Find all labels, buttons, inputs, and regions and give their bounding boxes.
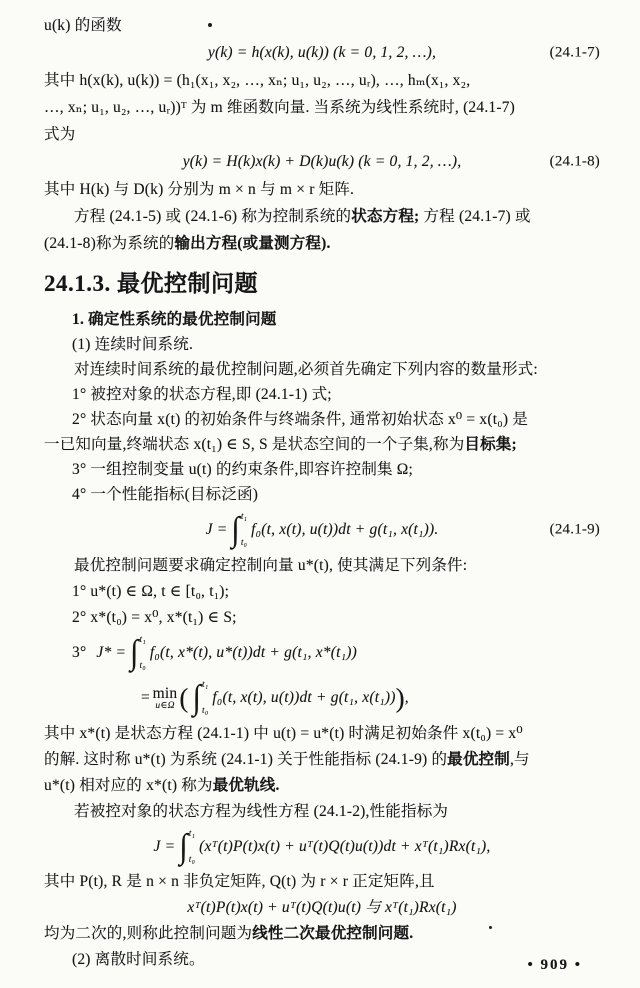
integral-lower-limit: t₀ bbox=[202, 706, 208, 716]
equation-body: y(k) = H(k)x(k) + D(k)u(k) (k = 0, 1, 2,… bbox=[183, 153, 462, 171]
equation-24-1-7: y(k) = h(x(k), u(k)) (k = 0, 1, 2, …), (… bbox=[44, 39, 600, 67]
list-item: 1° 被控对象的状态方程,即 (24.1-1) 式; bbox=[44, 382, 600, 407]
list-item: 2° 状态向量 x(t) 的初始条件与终端条件, 通常初始状态 x⁰ = x(t… bbox=[44, 407, 600, 432]
text-line: 其中 x*(t) 是状态方程 (24.1-1) 中 u(t) = u*(t) 时… bbox=[44, 721, 600, 747]
text-line: 对连续时间系统的最优控制问题,必须首先确定下列内容的数量形式: bbox=[44, 357, 600, 382]
equation-body: f₀(t, x(t), u(t))dt + g(t₁, x(t₁)). bbox=[251, 521, 438, 539]
integral-lower-limit: t₀ bbox=[140, 661, 146, 671]
equation-optimal-cost-line1: 3° J* = ∫ t₁ t₀ f₀(t, x*(t), u*(t))dt + … bbox=[44, 631, 600, 675]
equation-optimal-cost-line2: = min u∈Ω ( ∫ t₁ t₀ f₀(t, x(t), u(t))dt … bbox=[44, 675, 600, 721]
text-line: …, xₙ; u₁, u₂, …, uᵣ))ᵀ 为 m 维函数向量. 当系统为线… bbox=[44, 94, 600, 121]
list-marker: 3° bbox=[72, 644, 86, 662]
integral-sign: ∫ t₁ t₀ bbox=[231, 512, 250, 548]
equation-body: f₀(t, x(t), u(t))dt + g(t₁, x(t₁)) bbox=[212, 689, 395, 707]
text-line: 均为二次的,则称此控制问题为线性二次最优控制问题. bbox=[44, 921, 600, 947]
text-line: 式为 bbox=[44, 121, 600, 148]
text-line: (2) 离散时间系统。 bbox=[44, 947, 600, 973]
integral-glyph: ∫ bbox=[179, 830, 187, 865]
text-line: 其中 P(t), R 是 n × n 非负定矩阵, Q(t) 为 r × r 正… bbox=[44, 869, 600, 895]
list-item: 2° x*(t₀) = x⁰, x*(t₁) ∈ S; bbox=[44, 605, 600, 631]
text-line: 其中 h(x(k), u(k)) = (h₁(x₁, x₂, …, xₙ; u₁… bbox=[44, 67, 600, 94]
equation-number: (24.1-8) bbox=[550, 154, 600, 171]
list-item: 1° u*(t) ∈ Ω, t ∈ [t₀, t₁); bbox=[44, 579, 600, 605]
equation-number: (24.1-7) bbox=[550, 45, 600, 62]
equation-lhs: J* = bbox=[96, 644, 126, 662]
text-line: 方程 (24.1-5) 或 (24.1-6) 称为控制系统的状态方程; 方程 (… bbox=[44, 203, 600, 230]
left-paren: ( bbox=[179, 685, 188, 712]
page-number: • 909 • bbox=[527, 957, 582, 974]
text-run: 均为二次的,则称此控制问题为 bbox=[44, 925, 252, 942]
equation-quadratic-cost: J = ∫ t₁ t₀ (xᵀ(t)P(t)x(t) + uᵀ(t)Q(t)u(… bbox=[44, 825, 600, 869]
integral-sign: ∫ t₁ t₀ bbox=[179, 829, 198, 865]
text-line: 一已知向量,终端状态 x(t₁) ∈ S, S 是状态空间的一个子集,称为目标集… bbox=[44, 432, 600, 457]
section-heading: 24.1.3. 最优控制问题 bbox=[44, 267, 600, 301]
text-line: (24.1-8)称为系统的输出方程(或量测方程). bbox=[44, 230, 600, 257]
text-line: 其中 H(k) 与 D(k) 分别为 m × n 与 m × r 矩阵. bbox=[44, 176, 600, 203]
document-page: u(k) 的函数 y(k) = h(x(k), u(k)) (k = 0, 1,… bbox=[0, 0, 640, 988]
text-run: 一已知向量,终端状态 x(t₁) ∈ S, S 是状态空间的一个子集,称为 bbox=[44, 436, 464, 453]
equation-inline-centered: xᵀ(t)P(t)x(t) + uᵀ(t)Q(t)u(t) 与 xᵀ(t₁)Rx… bbox=[44, 895, 600, 921]
integral-upper-limit: t₁ bbox=[189, 829, 195, 839]
scan-speck bbox=[208, 23, 212, 27]
comma: , bbox=[405, 689, 409, 707]
text-run: 方程 (24.1-5) 或 (24.1-6) 称为控制系统的 bbox=[74, 208, 351, 225]
list-item: 3° 一组控制变量 u(t) 的约束条件,即容许控制集 Ω; bbox=[44, 457, 600, 482]
list-item: 4° 一个性能指标(目标泛函) bbox=[44, 482, 600, 507]
equation-body: (xᵀ(t)P(t)x(t) + uᵀ(t)Q(t)u(t))dt + xᵀ(t… bbox=[199, 838, 490, 856]
text-line: u*(t) 相对应的 x*(t) 称为最优轨线. bbox=[44, 773, 600, 799]
integral-upper-limit: t₁ bbox=[140, 635, 146, 645]
integral-lower-limit: t₀ bbox=[189, 855, 195, 865]
text-run: u*(t) 相对应的 x*(t) 称为 bbox=[44, 777, 213, 794]
integral-sign: ∫ t₁ t₀ bbox=[130, 635, 149, 671]
bold-term: 线性二次最优控制问题. bbox=[252, 925, 413, 942]
text-line: 最优控制问题要求确定控制向量 u*(t), 使其满足下列条件: bbox=[44, 553, 600, 579]
text-run: 方程 (24.1-7) 或 bbox=[419, 208, 530, 225]
text-run: 的解. 这时称 u*(t) 为系统 (24.1-1) 关于性能指标 (24.1-… bbox=[44, 751, 447, 768]
text-line: u(k) 的函数 bbox=[44, 12, 600, 39]
equation-24-1-8: y(k) = H(k)x(k) + D(k)u(k) (k = 0, 1, 2,… bbox=[44, 148, 600, 176]
equation-24-1-9: J = ∫ t₁ t₀ f₀(t, x(t), u(t))dt + g(t₁, … bbox=[44, 507, 600, 553]
integral-glyph: ∫ bbox=[231, 513, 239, 548]
integral-upper-limit: t₁ bbox=[202, 680, 208, 690]
equation-lhs: J = bbox=[154, 838, 176, 856]
equation-body: y(k) = h(x(k), u(k)) (k = 0, 1, 2, …), bbox=[208, 44, 436, 62]
equals-sign: = bbox=[140, 689, 151, 707]
bold-term: 输出方程(或量测方程). bbox=[174, 235, 330, 252]
text-line: 的解. 这时称 u*(t) 为系统 (24.1-1) 关于性能指标 (24.1-… bbox=[44, 747, 600, 773]
text-run: (24.1-8)称为系统的 bbox=[44, 235, 174, 252]
integral-lower-limit: t₀ bbox=[241, 538, 247, 548]
bold-term: 最优轨线. bbox=[213, 777, 280, 794]
bold-term: 目标集; bbox=[464, 436, 516, 453]
subsection-title: 1. 确定性系统的最优控制问题 bbox=[44, 307, 600, 332]
integral-glyph: ∫ bbox=[130, 636, 138, 671]
integral-upper-limit: t₁ bbox=[241, 512, 247, 522]
integral-glyph: ∫ bbox=[193, 681, 201, 716]
min-label: min bbox=[153, 686, 178, 701]
bold-term: 状态方程; bbox=[351, 208, 419, 225]
text-run: ,与 bbox=[510, 751, 530, 768]
scan-speck bbox=[489, 926, 492, 929]
right-paren: ) bbox=[396, 685, 405, 712]
integral-sign: ∫ t₁ t₀ bbox=[193, 680, 212, 716]
bold-term: 最优控制 bbox=[447, 751, 510, 768]
text-line: 若被控对象的状态方程为线性方程 (24.1-2),性能指标为 bbox=[44, 799, 600, 825]
min-operator: min u∈Ω bbox=[153, 686, 178, 711]
min-subscript: u∈Ω bbox=[155, 701, 174, 711]
equation-number: (24.1-9) bbox=[550, 522, 600, 539]
text-line: (1) 连续时间系统. bbox=[44, 332, 600, 357]
equation-body: f₀(t, x*(t), u*(t))dt + g(t₁, x*(t₁)) bbox=[150, 644, 357, 662]
equation-lhs: J = bbox=[206, 521, 228, 539]
